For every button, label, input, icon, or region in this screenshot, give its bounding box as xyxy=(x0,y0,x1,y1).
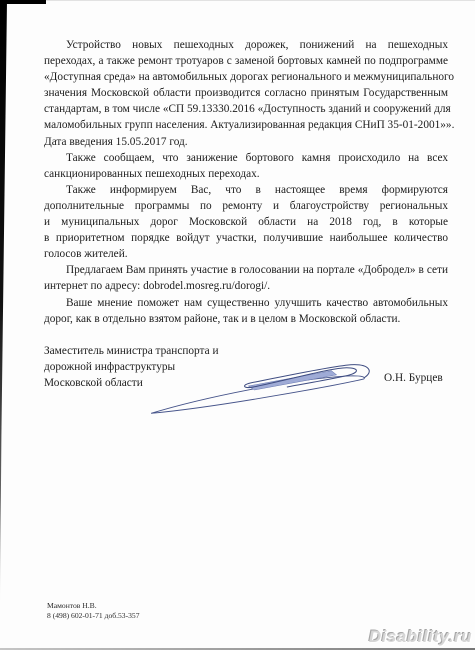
paragraph: Также сообщаем, что занижение бортового … xyxy=(44,150,448,182)
handwritten-signature-icon xyxy=(145,355,373,419)
text-line: Также информируем Вас, что в настоящее в… xyxy=(44,182,448,198)
text-line: в приоритетном порядке войдут участки, п… xyxy=(44,230,448,246)
scan-top-left-corner xyxy=(0,0,46,4)
text-line: значения Московской области производится… xyxy=(44,85,448,101)
text-line: голосов жителей. xyxy=(44,246,448,262)
signer-name: О.Н. Бурцев xyxy=(384,372,443,384)
text-line: маломобильных групп населения. Актуализи… xyxy=(44,117,448,133)
text-line: санкционированных пешеходных переходах. xyxy=(44,166,448,182)
text-line: Устройство новых пешеходных дорожек, пон… xyxy=(44,37,448,53)
text-line: Также сообщаем, что занижение бортового … xyxy=(44,150,448,166)
text-line: стандартам, в том числе «СП 59.13330.201… xyxy=(44,101,448,117)
paragraph: Устройство новых пешеходных дорожек, пон… xyxy=(44,37,448,150)
site-watermark: Disability.ru xyxy=(369,627,472,647)
text-line: Дата введения 15.05.2017 год. xyxy=(44,134,448,150)
scan-top-edge-line xyxy=(0,0,475,1)
scan-left-edge-shadow xyxy=(0,0,7,605)
text-line: дополнительные программы по ремонту и бл… xyxy=(44,198,448,214)
letter-body: Устройство новых пешеходных дорожек, пон… xyxy=(44,37,448,327)
executor-footer: Мамонтов Н.В. 8 (498) 602-01-71 доб.53-3… xyxy=(47,601,140,620)
paragraph: Предлагаем Вам принять участие в голосов… xyxy=(44,262,448,294)
text-line: интернет по адресу: dobrodel.mosreg.ru/d… xyxy=(44,278,448,294)
text-line: дорог, как в отдельно взятом районе, так… xyxy=(44,311,448,327)
text-line: Предлагаем Вам принять участие в голосов… xyxy=(44,262,448,278)
text-line: переходах, а также ремонт тротуаров с за… xyxy=(44,53,448,69)
executor-name: Мамонтов Н.В. xyxy=(47,601,140,611)
text-line: и муниципальных дорог Московской области… xyxy=(44,214,448,230)
paragraph: Ваше мнение поможет нам существенно улуч… xyxy=(44,295,448,327)
text-line: Ваше мнение поможет нам существенно улуч… xyxy=(44,295,448,311)
scanned-letter-page: Устройство новых пешеходных дорожек, пон… xyxy=(0,0,475,650)
executor-phone: 8 (498) 602-01-71 доб.53-357 xyxy=(47,611,140,621)
paragraph: Также информируем Вас, что в настоящее в… xyxy=(44,182,448,262)
text-line: «Доступная среда» на автомобильных дорог… xyxy=(44,69,448,85)
